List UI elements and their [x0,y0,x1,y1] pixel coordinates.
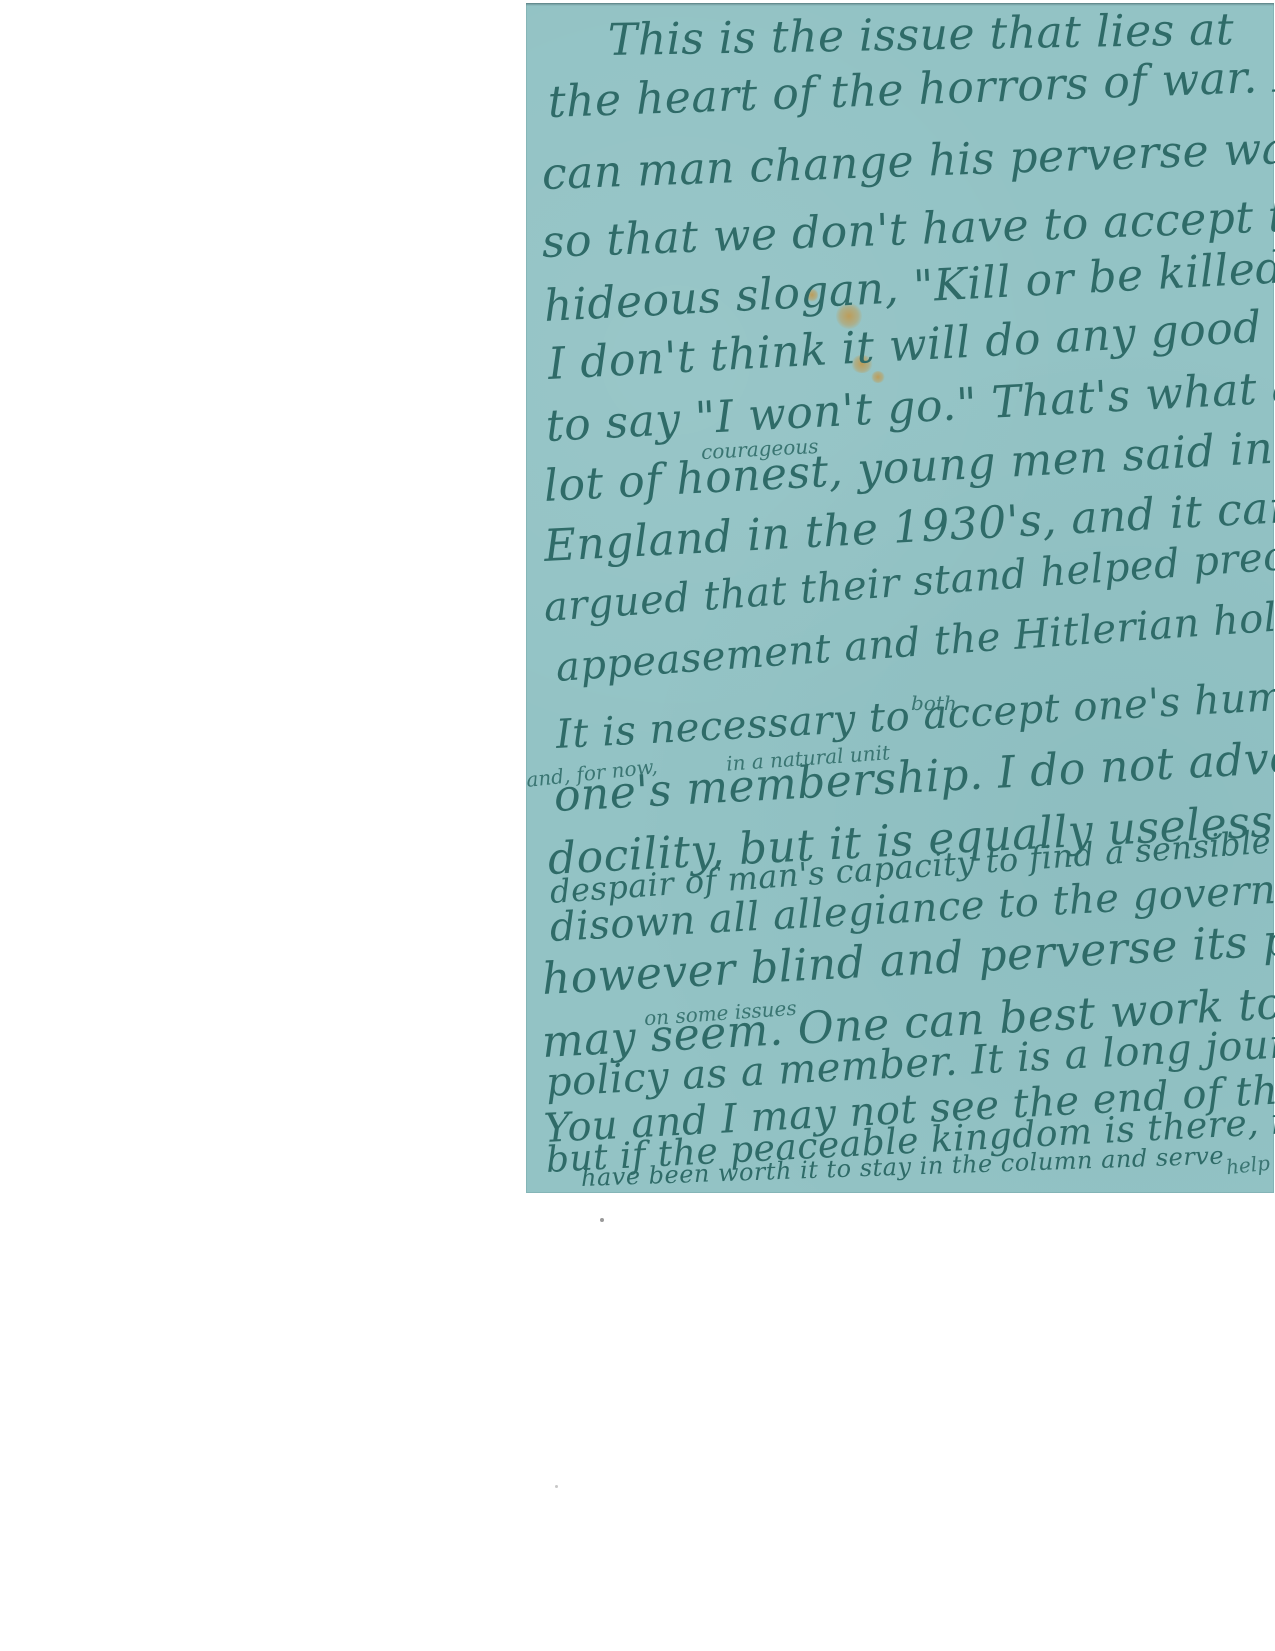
handwritten-line-1: This is the issue that lies at [608,8,1235,63]
insertion-help: help [1225,1153,1271,1177]
letter-page: This is the issue that lies at the heart… [526,3,1274,1193]
dust-speck [555,1485,558,1488]
dust-speck [600,1218,604,1222]
handwritten-line-3: can man change his perverse ways [541,125,1275,197]
